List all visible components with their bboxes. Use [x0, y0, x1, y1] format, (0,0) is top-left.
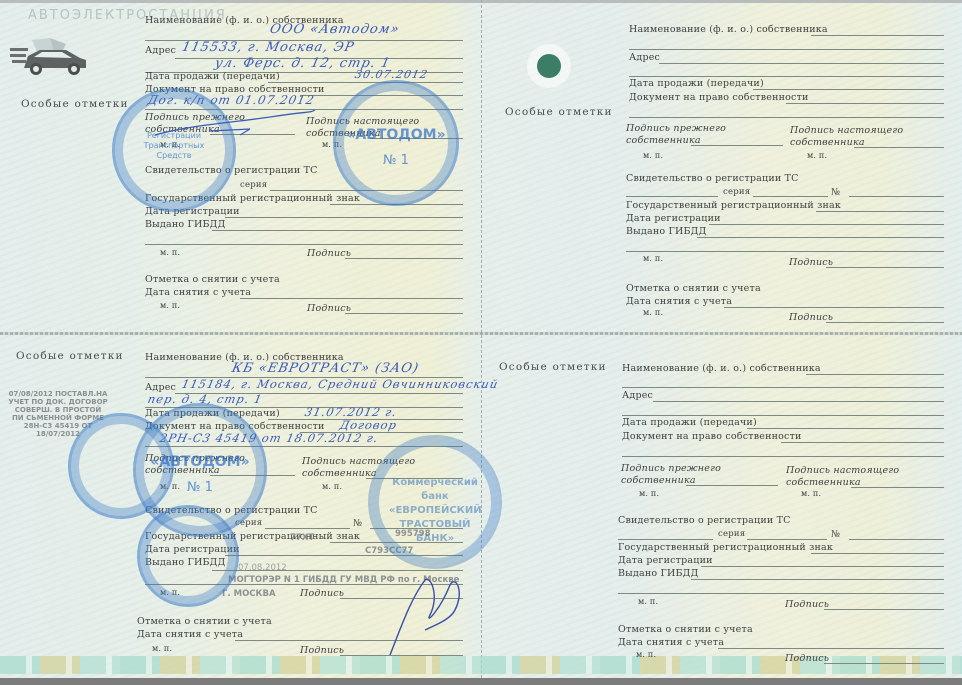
scan-bottom-edge [0, 678, 962, 685]
number-label: № [353, 518, 362, 529]
address-label: Адрес [622, 390, 653, 401]
series-line [265, 528, 350, 529]
curr-owner-sig-label: Подпись настоящего [790, 125, 903, 136]
deregistration-date-label: Дата снятия с учета [145, 287, 251, 298]
curr-owner-sig-label-2: собственника [786, 477, 861, 488]
deregistration-label: Отметка о снятии с учета [145, 274, 280, 285]
series-prefix-line [626, 196, 718, 197]
plate-line [816, 211, 944, 212]
signature-line [826, 267, 944, 268]
curr-owner-sig-line [854, 147, 944, 148]
issued-by-label: Выдано ГИБДД [626, 226, 707, 237]
sale-date-label: Дата продажи (передачи) [145, 71, 280, 82]
owner-name-line-2 [629, 49, 944, 50]
ownership-doc-line-2 [622, 456, 944, 457]
reg-date-line [225, 217, 463, 218]
series-line [753, 196, 828, 197]
deregistration-label: Отметка о снятии с учета [137, 616, 272, 627]
mvd-registration-stamp [137, 505, 239, 607]
owner-entry-4: Особые отметки Наименование (ф. и. о.) с… [481, 335, 962, 667]
plate-label: Государственный регистрационный знак [626, 200, 841, 211]
issued-by-label: Выдано ГИБДД [145, 219, 226, 230]
issued-by-value-2: Г. МОСКВА [222, 589, 276, 599]
seal-place-label-4: м. п. [160, 301, 180, 310]
address-label: Адрес [145, 45, 176, 56]
deregistration-date-label: Дата снятия с учета [618, 637, 724, 648]
issued-by-line-2 [618, 593, 944, 594]
address-value-1: 115533, г. Москва, ЭР [180, 40, 355, 55]
seal-place-label: м. п. [643, 151, 663, 160]
deregistration-date-line [718, 648, 944, 649]
handwritten-signature [380, 570, 470, 660]
prev-owner-sig-line [686, 485, 778, 486]
issued-by-line [212, 230, 463, 231]
avtodom-stamp: «АВТОДОМ» № 1 [333, 80, 459, 206]
seal-place-label-2: м. п. [322, 482, 342, 491]
ownership-doc-line-2 [629, 117, 944, 118]
address-value-1: 115184, г. Москва, Средний Овчинниковски… [181, 377, 500, 391]
owner-entry-1: Особые отметки Наименование (ф. и. о.) с… [0, 0, 481, 332]
issued-by-line-2 [626, 251, 944, 252]
owner-name-label: Наименование (ф. и. о.) собственника [622, 363, 821, 374]
owner-entry-3: Особые отметки 07/08/2012 ПОСТАВЛ.НА УЧЕ… [0, 335, 481, 667]
ownership-doc-line [781, 442, 944, 443]
deregistration-date-label: Дата снятия с учета [137, 629, 243, 640]
signature-label-2: Подпись [785, 653, 829, 664]
ownership-doc-value-1: Договор [339, 418, 399, 432]
ownership-doc-line [786, 103, 944, 104]
sale-date-value: 31.07.2012 г. [304, 405, 399, 419]
issued-by-line [691, 579, 944, 580]
sale-date-line [747, 428, 944, 429]
special-marks-label: Особые отметки [16, 350, 124, 362]
issued-by-line-2 [145, 244, 463, 245]
address-line-2 [622, 415, 944, 416]
handwritten-signature [150, 105, 320, 145]
prev-owner-sig-label-2: собственника [621, 475, 696, 486]
reg-date-line [701, 566, 944, 567]
signature-label-2: Подпись [300, 645, 344, 656]
reg-series-value: 77ХТ [290, 533, 314, 543]
owner-entry-2: Особые отметки Наименование (ф. и. о.) с… [481, 0, 962, 332]
deregistration-label: Отметка о снятии с учета [618, 624, 753, 635]
series-label: серия [240, 180, 267, 190]
sale-date-line [753, 89, 944, 90]
reg-cert-label: Свидетельство о регистрации ТС [626, 173, 799, 184]
seal-place-label: м. п. [639, 489, 659, 498]
owner-name-line [806, 374, 944, 375]
signature-line-2 [824, 663, 944, 664]
seal-place-label-3: м. п. [638, 597, 658, 606]
ownership-doc-label: Документ на право собственности [629, 92, 809, 103]
reg-date-label: Дата регистрации [618, 555, 713, 566]
seal-place-label-3: м. п. [643, 254, 663, 263]
seal-place-label-3: м. п. [160, 248, 180, 257]
prev-owner-sig-label: Подпись прежнего [626, 123, 726, 134]
series-line [747, 539, 827, 540]
curr-owner-sig-label: Подпись настоящего [786, 465, 899, 476]
deregistration-date-line [724, 307, 944, 308]
signature-label: Подпись [785, 599, 829, 610]
reg-date-value: 07.08.2012 [238, 563, 287, 573]
seal-place-label-4: м. п. [643, 308, 663, 317]
sale-date-label: Дата продажи (передачи) [629, 78, 764, 89]
series-label: серия [718, 529, 745, 539]
issued-by-label: Выдано ГИБДД [618, 568, 699, 579]
signature-line-2 [345, 313, 463, 314]
issued-by-line [697, 237, 944, 238]
address-label: Адрес [629, 52, 660, 63]
number-line [849, 196, 944, 197]
series-prefix-line [618, 539, 713, 540]
reg-cert-label: Свидетельство о регистрации ТС [618, 515, 791, 526]
plate-label: Государственный регистрационный знак [618, 542, 833, 553]
special-marks-label: Особые отметки [21, 98, 129, 110]
seal-place-label-4: м. п. [636, 650, 656, 659]
number-label: № [831, 529, 840, 540]
seal-place-label-2: м. п. [801, 489, 821, 498]
deregistration-date-label: Дата снятия с учета [626, 296, 732, 307]
owner-name-line-2 [622, 387, 944, 388]
owner-name-value: ООО «Автодом» [268, 22, 401, 37]
ownership-doc-label: Документ на право собственности [622, 431, 802, 442]
signature-line-2 [826, 322, 944, 323]
series-label: серия [723, 187, 750, 197]
signature-line [824, 609, 944, 610]
number-line [849, 539, 944, 540]
signature-line [345, 258, 463, 259]
seal-place-label-2: м. п. [807, 151, 827, 160]
special-marks-label: Особые отметки [505, 106, 613, 118]
signature-label: Подпись [300, 588, 344, 599]
owner-name-line [811, 35, 944, 36]
prev-owner-sig-label-2: собственника [626, 135, 701, 146]
curr-owner-sig-line [851, 487, 944, 488]
prev-owner-sig-line [691, 145, 783, 146]
sale-date-label: Дата продажи (передачи) [622, 417, 757, 428]
sale-date-value: 30.07.2012 [354, 68, 430, 81]
address-line [653, 401, 944, 402]
seal-place-label-4: м. п. [152, 644, 172, 653]
owner-name-value: КБ «ЕВРОТРАСТ» (ЗАО) [230, 361, 420, 376]
deregistration-date-line [240, 298, 463, 299]
address-line-2 [629, 76, 944, 77]
deregistration-label: Отметка о снятии с учета [626, 283, 761, 294]
sale-date-line [268, 82, 463, 83]
plate-line [811, 553, 944, 554]
number-label: № [831, 187, 840, 198]
reg-date-line [709, 224, 944, 225]
address-line [659, 63, 944, 64]
special-marks-label: Особые отметки [499, 361, 607, 373]
prev-owner-sig-label: Подпись прежнего [621, 463, 721, 474]
owner-name-label: Наименование (ф. и. о.) собственника [629, 24, 828, 35]
reg-date-label: Дата регистрации [626, 213, 721, 224]
